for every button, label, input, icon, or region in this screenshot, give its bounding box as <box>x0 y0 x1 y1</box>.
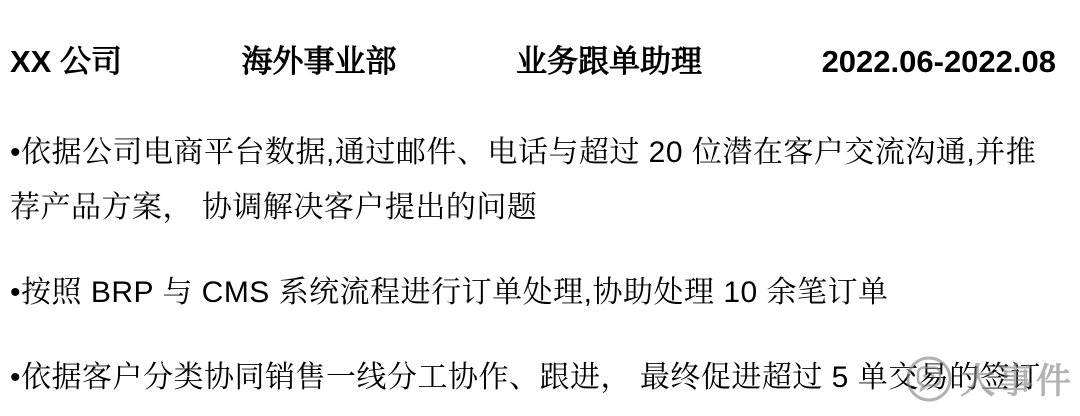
company-name: XX 公司 <box>10 36 122 81</box>
experience-entry-header: XX 公司 海外事业部 业务跟单助理 2022.06-2022.08 <box>0 0 1080 81</box>
experience-bullet-list: •依据公司电商平台数据,通过邮件、电话与超过 20 位潜在客户交流沟通,并推荐产… <box>0 125 1080 405</box>
department-name: 海外事业部 <box>242 36 397 81</box>
bullet-item: •按照 BRP 与 CMS 系统流程进行订单处理,协助处理 10 余笔订单 <box>10 265 1062 320</box>
job-title: 业务跟单助理 <box>516 36 702 81</box>
employment-period: 2022.06-2022.08 <box>822 44 1056 80</box>
bullet-item: •依据客户分类协同销售一线分工协作、跟进， 最终促进超过 5 单交易的签订 <box>10 350 1062 405</box>
resume-experience-section: XX 公司 海外事业部 业务跟单助理 2022.06-2022.08 •依据公司… <box>0 0 1080 416</box>
bullet-item: •依据公司电商平台数据,通过邮件、电话与超过 20 位潜在客户交流沟通,并推荐产… <box>10 125 1062 235</box>
